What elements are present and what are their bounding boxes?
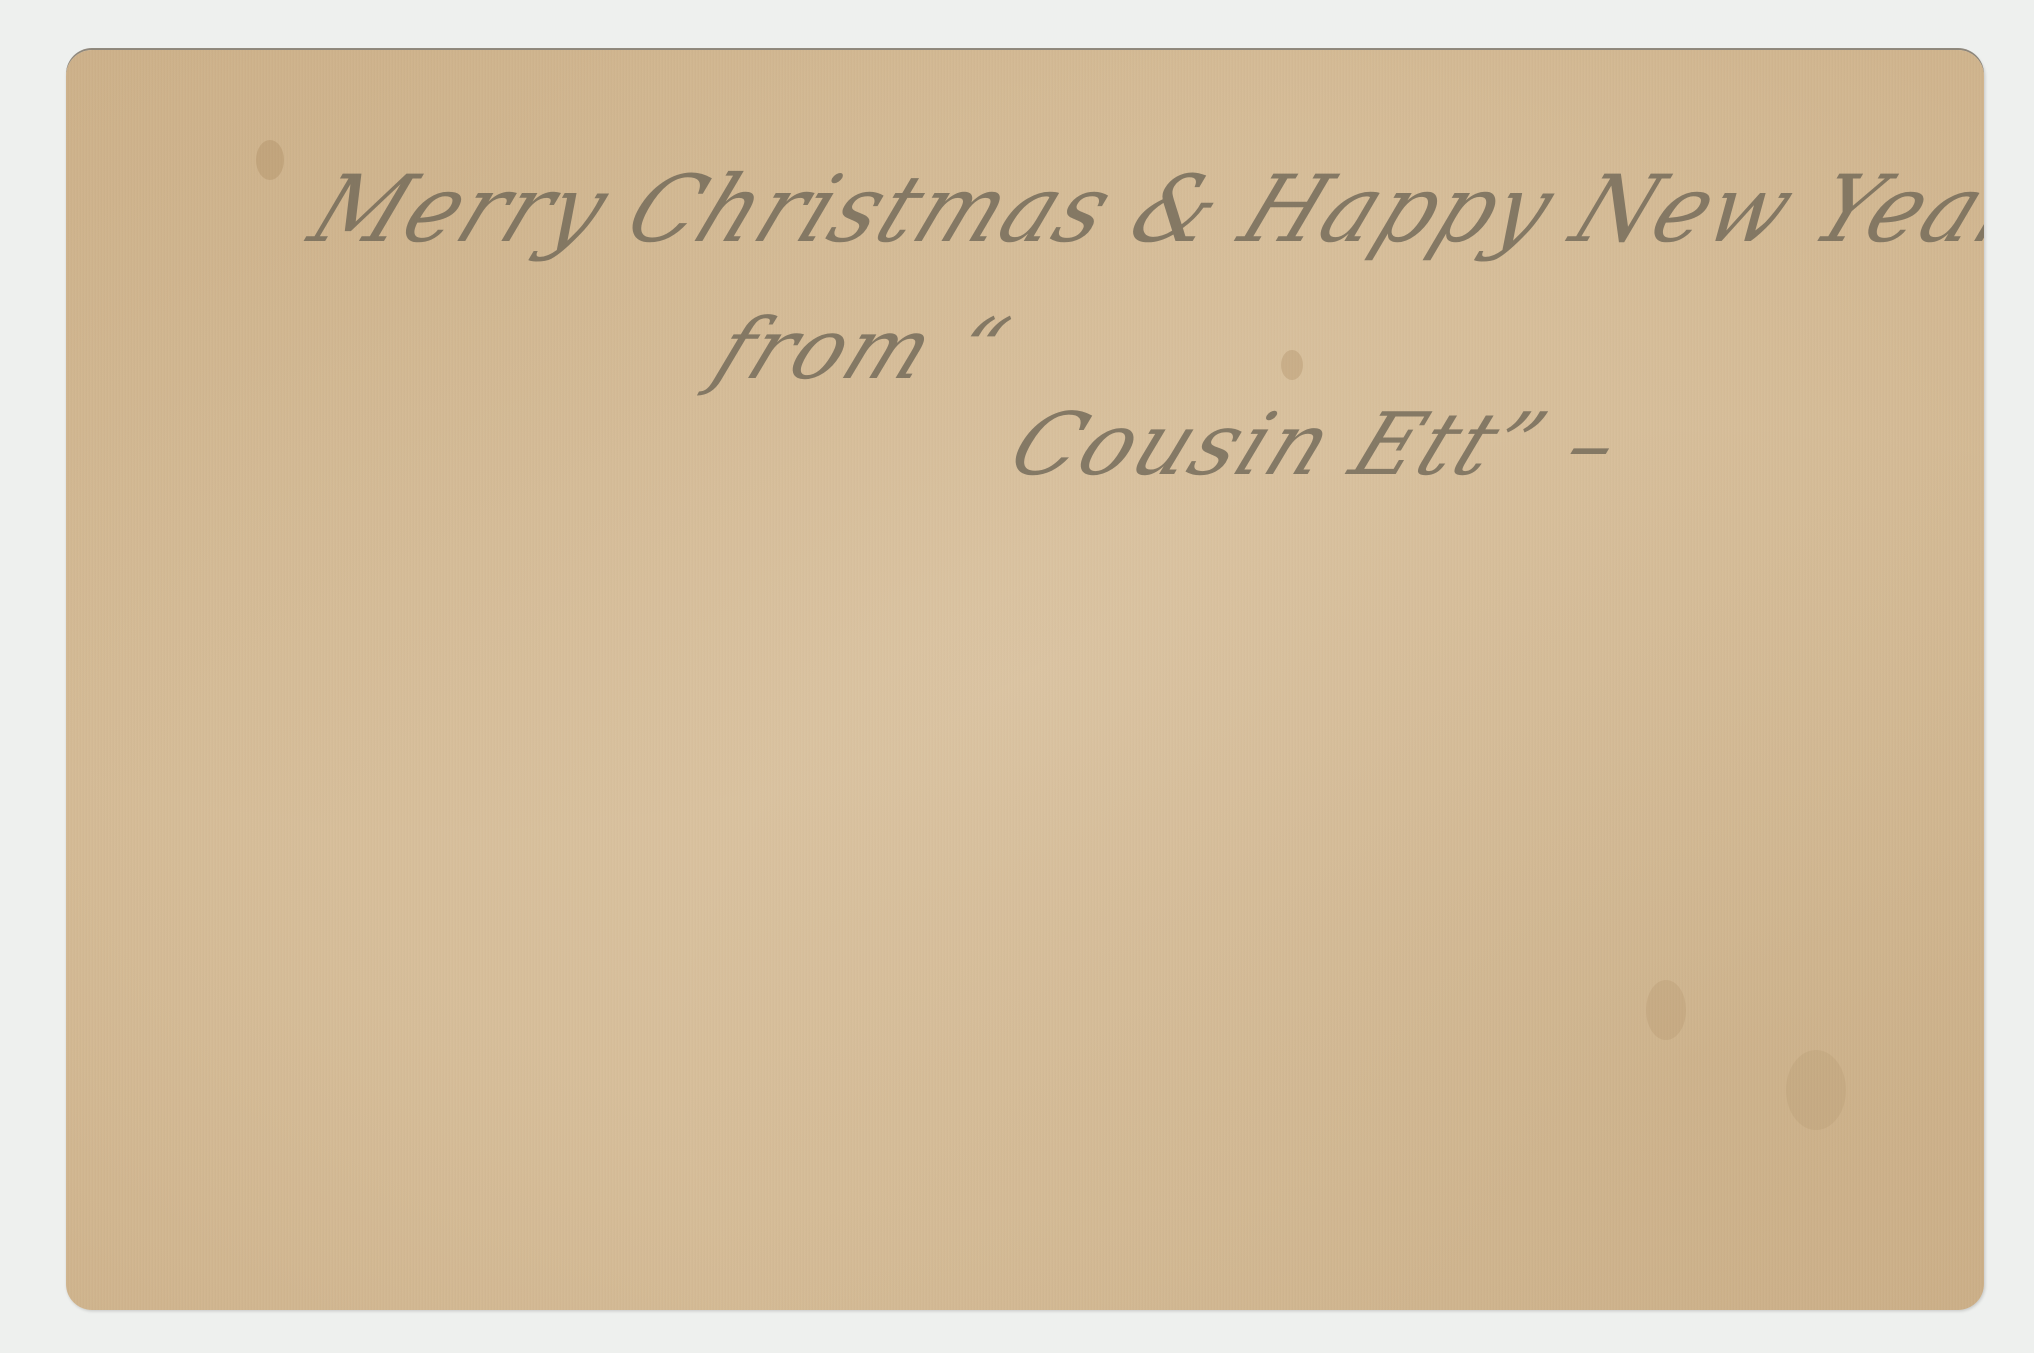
- inscription-line-3: Cousin Ett” –: [996, 395, 1636, 495]
- inscription-line-1: Merry Christmas & Happy New Year –: [296, 155, 1984, 263]
- foxing-spot: [1786, 1050, 1846, 1130]
- foxing-spot: [256, 140, 284, 180]
- cabinet-card-back: Merry Christmas & Happy New Year – from …: [66, 50, 1984, 1310]
- foxing-spot: [1281, 350, 1303, 380]
- foxing-spot: [1646, 980, 1686, 1040]
- inscription-line-2: from “: [701, 300, 1024, 398]
